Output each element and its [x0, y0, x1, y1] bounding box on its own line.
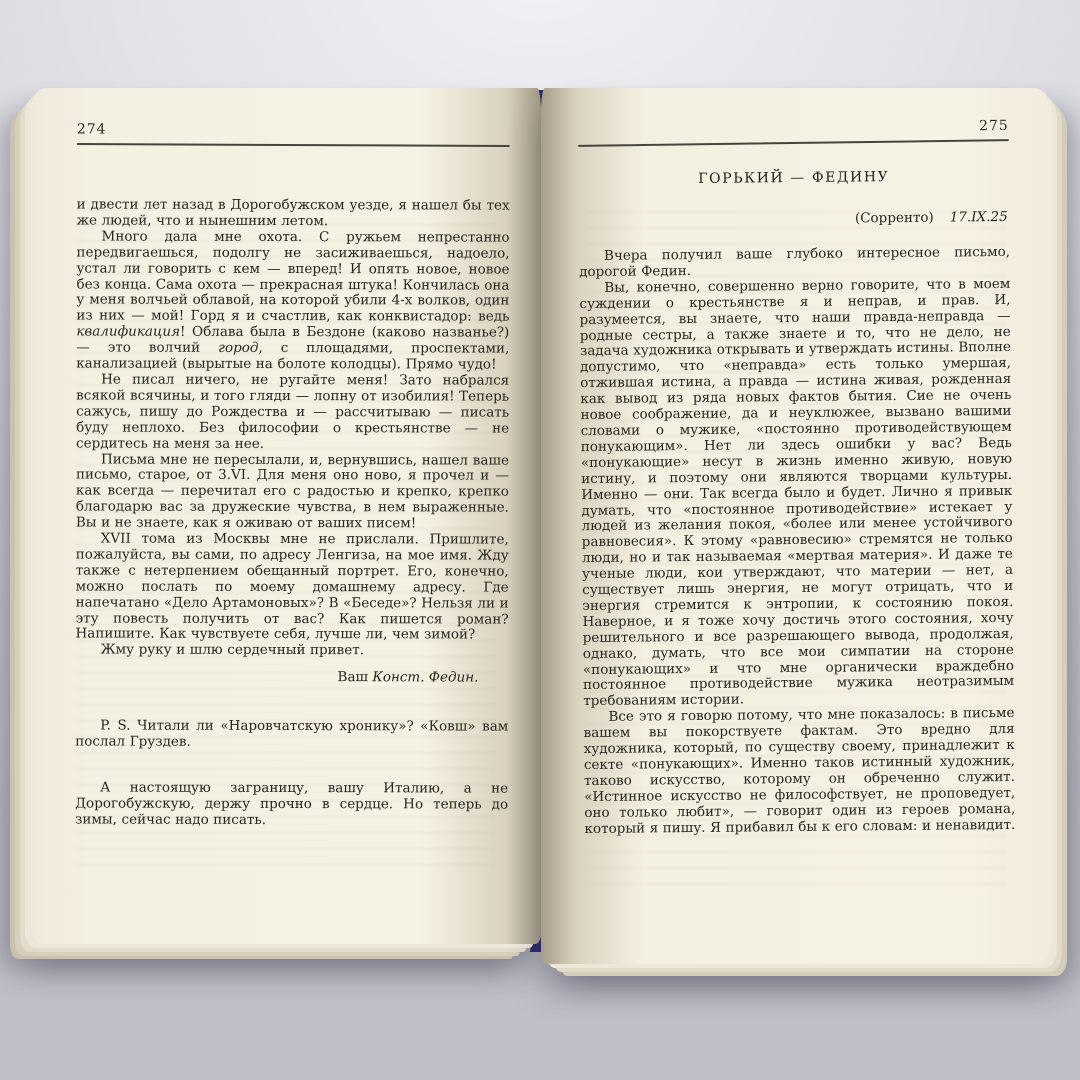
- paragraph: и двести лет назад в Дорогобужском уезде…: [77, 197, 510, 230]
- right-page-paragraphs: Вчера получил ваше глубоко интересное пи…: [579, 245, 1016, 838]
- text-run: Вчера получил ваше глубоко интересное пи…: [579, 244, 1010, 280]
- signature-prefix: Ваш: [338, 669, 373, 685]
- text-run-italic: квалификация: [76, 324, 180, 340]
- paragraph: Много дала мне охота. С ружьем непрестан…: [76, 229, 509, 373]
- paragraph: Жму руку и шлю сердечный привет.: [75, 643, 508, 660]
- letter-heading: ГОРЬКИЙ — ФЕДИНУ: [578, 168, 1009, 188]
- left-page: 274 и двести лет назад в Дорогобужском у…: [30, 88, 541, 944]
- right-header-rule: [578, 139, 1009, 147]
- text-run-italic: город: [218, 340, 258, 356]
- dateline-place: (Сорренто): [855, 210, 934, 227]
- paragraph: Не писал ничего, не ругайте меня! Зато н…: [76, 372, 509, 453]
- text-run: Письма мне не пересылали, и, вернувшись,…: [76, 451, 509, 531]
- postscript-paragraph: P. S. Читали ли «Наровчатскую хронику»? …: [75, 719, 508, 752]
- text-run: XVII тома из Москвы мне не прислали. При…: [76, 531, 509, 643]
- signature-line: Ваш Конст. Федин.: [75, 669, 508, 686]
- photo-of-open-book: 274 и двести лет назад в Дорогобужском у…: [0, 0, 1080, 1080]
- paragraph: Вы, конечно, совершенно верно говорите, …: [579, 277, 1014, 711]
- text-run: Жму руку и шлю сердечный привет.: [100, 642, 364, 659]
- right-page-content: 275 ГОРЬКИЙ — ФЕДИНУ (Сорренто)17.IX.25 …: [537, 86, 1055, 838]
- left-header-rule: [77, 143, 510, 147]
- right-page: 275 ГОРЬКИЙ — ФЕДИНУ (Сорренто)17.IX.25 …: [541, 88, 1052, 964]
- text-run: Все это я говорю потому, что мне показал…: [584, 705, 1016, 836]
- text-run: и двести лет назад в Дорогобужском уезде…: [77, 196, 510, 229]
- paragraph: XVII тома из Москвы мне не прислали. При…: [76, 531, 509, 643]
- dateline-date: 17.IX.25: [950, 209, 1008, 226]
- text-run: Вы, конечно, совершенно верно говорите, …: [579, 276, 1014, 710]
- left-page-number: 274: [77, 121, 510, 138]
- closing-paragraph: А настоящую заграницу, вашу Италию, а не…: [75, 781, 508, 830]
- right-page-number: 275: [578, 118, 1009, 138]
- text-run: Не писал ничего, не ругайте меня! Зато н…: [76, 371, 509, 451]
- paragraph: Письма мне не пересылали, и, вернувшись,…: [76, 452, 509, 533]
- open-book: 274 и двести лет назад в Дорогобужском у…: [30, 88, 1052, 966]
- text-run: Много дала мне охота. С ружьем непрестан…: [76, 228, 509, 325]
- signature-name: Конст. Федин.: [372, 670, 478, 686]
- paragraph: Все это я говорю потому, что мне показал…: [583, 706, 1015, 837]
- dateline: (Сорренто)17.IX.25: [579, 209, 1010, 229]
- left-page-content: 274 и двести лет назад в Дорогобужском у…: [29, 87, 542, 829]
- left-page-paragraphs: и двести лет назад в Дорогобужском уезде…: [75, 197, 509, 659]
